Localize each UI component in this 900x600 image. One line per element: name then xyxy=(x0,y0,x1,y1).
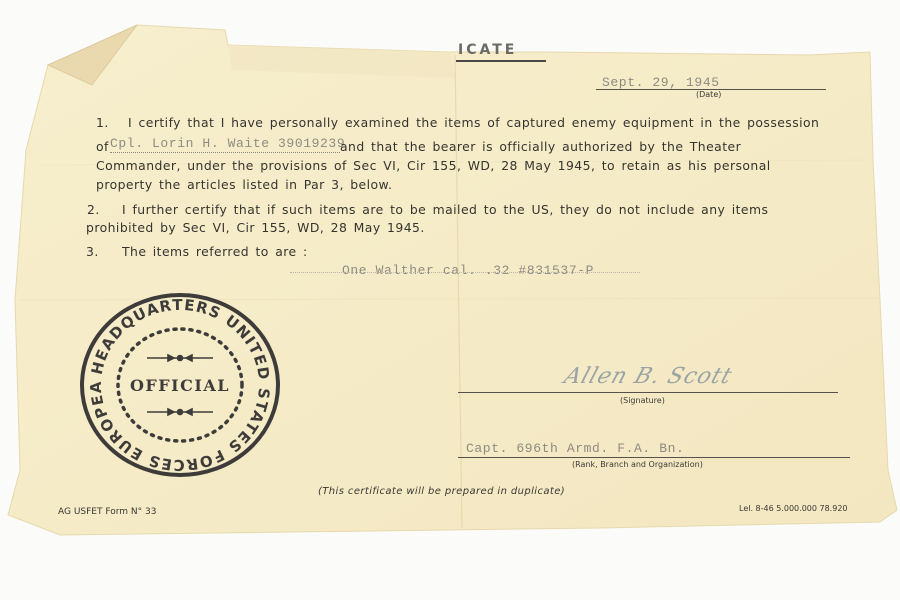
bearer-line xyxy=(110,152,340,153)
rank-label: (Rank, Branch and Organization) xyxy=(572,460,703,469)
p2-line2: prohibited by Sec VI, Cir 155, WD, 28 Ma… xyxy=(86,220,425,235)
item-entry: One Walther cal. .32 #831537-P xyxy=(342,263,594,278)
seal-center-text: OFFICIAL xyxy=(130,376,230,395)
rank-line xyxy=(458,457,850,458)
rank-value: Capt. 696th Armd. F.A. Bn. xyxy=(466,441,684,456)
title-fragment: ICATE xyxy=(458,42,517,58)
p2-line1: I further certify that if such items are… xyxy=(122,202,768,217)
signature-value: Allen B. Scott xyxy=(561,364,736,389)
p3-line1: The items referred to are : xyxy=(122,244,308,259)
p1-number: 1. xyxy=(96,115,109,130)
p1-line2: and that the bearer is officially author… xyxy=(340,139,741,154)
p1-of: of xyxy=(96,139,109,154)
form-number: AG USFET Form N° 33 xyxy=(58,507,156,517)
signature-line xyxy=(458,392,838,393)
p1-line1: I certify that I have personally examine… xyxy=(128,115,819,130)
item-line xyxy=(290,272,640,273)
official-seal-stamp: HEADQUARTERS UNITED STATES FORCES EUROPE… xyxy=(75,290,285,480)
duplicate-note: (This certificate will be prepared in du… xyxy=(318,486,565,497)
title-underline xyxy=(456,60,546,62)
bearer-name: Cpl. Lorin H. Waite 39019239 xyxy=(110,136,345,151)
p3-number: 3. xyxy=(86,244,99,259)
certificate-paper: ICATE Sept. 29, 1945 (Date) 1. I certify… xyxy=(0,0,900,600)
p1-line4: property the articles listed in Par 3, b… xyxy=(96,177,392,192)
date-value: Sept. 29, 1945 xyxy=(602,75,720,90)
print-code: Lel. 8-46 5.000.000 78.920 xyxy=(739,504,848,513)
p1-line3: Commander, under the provisions of Sec V… xyxy=(96,158,771,173)
signature-label: (Signature) xyxy=(620,396,665,405)
date-label: (Date) xyxy=(696,90,721,99)
p2-number: 2. xyxy=(87,202,100,217)
